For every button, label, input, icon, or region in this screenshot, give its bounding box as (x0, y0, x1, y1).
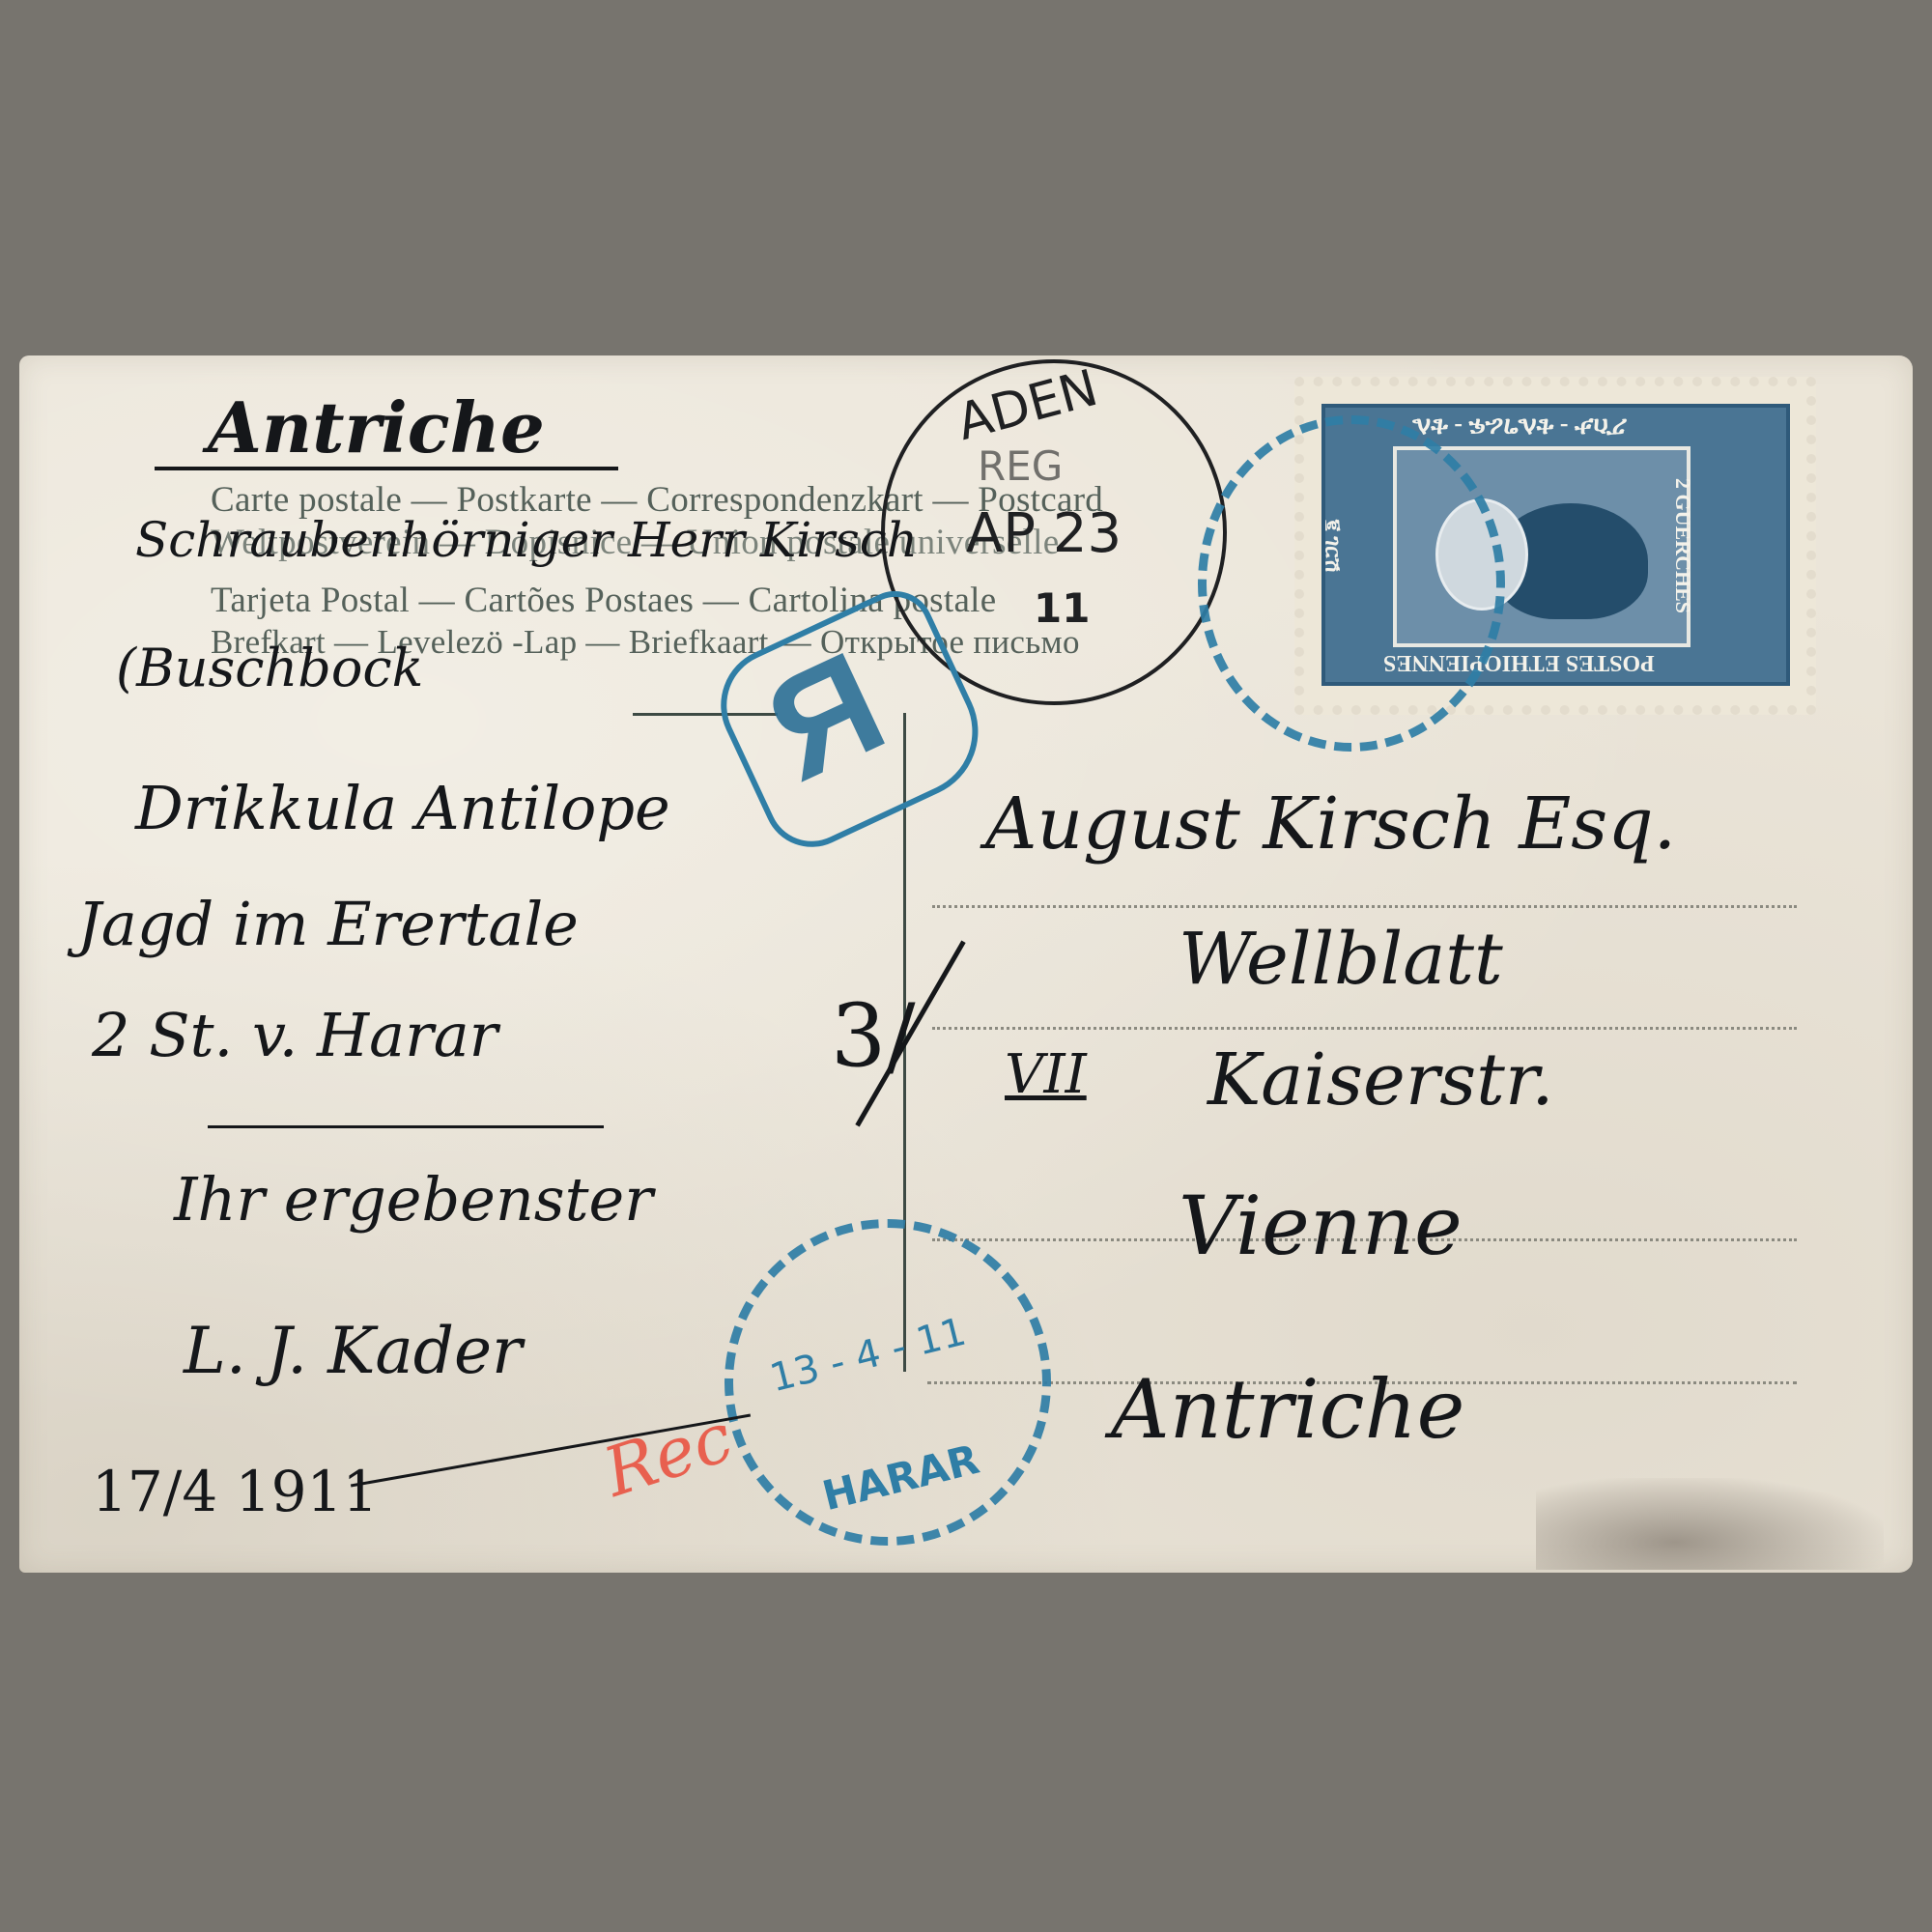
divider-mark: 3/ (831, 985, 916, 1087)
water-stain (1536, 1478, 1884, 1570)
handwritten-line-1: Schraubenhörniger Herr Kirsch (135, 512, 918, 568)
handwritten-signature: L. J. Kader (184, 1314, 523, 1388)
handwritten-line-5: 2 St. v. Harar (92, 1000, 497, 1070)
aden-postmark-reg: REG (978, 442, 1063, 490)
handwritten-top-note: Antriche (208, 386, 545, 469)
aden-postmark-year: 11 (1034, 584, 1090, 632)
address-line-2 (932, 1027, 1797, 1030)
stamp-cancel-postmark (1198, 415, 1505, 752)
handwritten-line-6: Ihr ergebenster (174, 1164, 653, 1235)
handwritten-line-2: (Buschbock (116, 638, 423, 698)
address-country: Antriche (1111, 1362, 1464, 1457)
address-name: August Kirsch Esq. (985, 782, 1676, 866)
stamp-amharic-top: ፖስታ - ቴሌግራፍ - ቴሌ (1412, 412, 1627, 441)
handwritten-date: 17/4 1911 (92, 1459, 378, 1524)
stamp-value-label: 2 GUERCHES (1670, 478, 1695, 613)
address-line-1 (932, 905, 1797, 908)
handwritten-line-3: Drikkula Antilope (135, 773, 670, 843)
signature-rule (208, 1125, 604, 1128)
address-street: Kaiserstr. (1207, 1038, 1554, 1122)
address-district: VII (1005, 1043, 1087, 1106)
aden-postmark-date: AP 23 (966, 502, 1122, 565)
handwritten-line-4: Jagd im Erertale (77, 889, 579, 959)
address-line-wellblatt: Wellblatt (1179, 918, 1503, 1001)
top-note-underline (155, 467, 618, 470)
address-city: Vienne (1179, 1179, 1463, 1273)
